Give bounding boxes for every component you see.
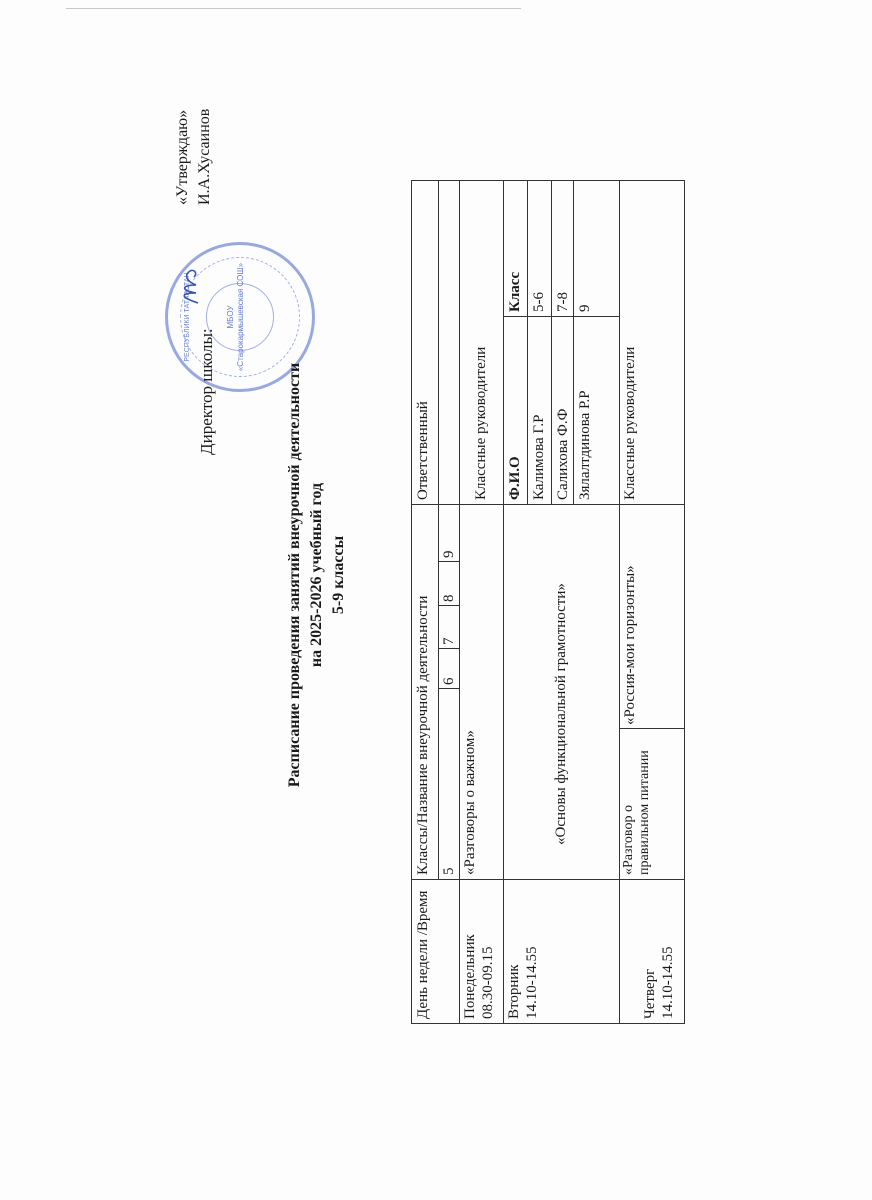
- class-number-5: 5: [438, 689, 459, 879]
- subtable-row-2-class: 7-8: [552, 181, 573, 316]
- subtable-row-1-class: 5-6: [528, 181, 551, 316]
- class-number-9: 9: [438, 505, 459, 562]
- subtable-row-3-class: 9: [574, 181, 619, 316]
- signature-icon: [176, 265, 204, 305]
- row-thursday-activity-grade5: «Разговор о правильном питании: [619, 729, 684, 879]
- header-day-time: День недели /Время: [412, 879, 459, 1023]
- document-title: Расписание проведения занятий внеурочной…: [284, 275, 350, 875]
- thursday-label: Четверг: [641, 883, 659, 1019]
- row-thursday-day: Четверг 14.10-14.55: [619, 879, 684, 1023]
- header-classes: Классы/Название внеурочной деятельности: [412, 504, 438, 879]
- subtable-row-3-name: Зялалтдинова Р.Р: [574, 317, 619, 504]
- row-thursday-activity-grades6-9: «Россия-мои горизонты»: [619, 504, 684, 729]
- class-number-7: 7: [438, 606, 459, 649]
- director-label: Директор школы:: [197, 328, 217, 455]
- stamp-center-text: МБОУ «Старокармышевская СОШ»: [226, 245, 246, 389]
- title-line-1: Расписание проведения занятий внеурочной…: [284, 275, 306, 875]
- subtable-row-2-name: Салихова Ф.Ф: [552, 317, 573, 504]
- class-number-6: 6: [438, 649, 459, 689]
- subtable-row-1-name: Калимова Г.Р: [528, 317, 551, 504]
- approver-name: И.А.Хусаинов: [194, 109, 216, 205]
- approval-block: «Утверждаю» И.А.Хусаинов: [172, 109, 216, 205]
- title-line-3: 5-9 классы: [328, 275, 350, 875]
- row-tuesday-activity: «Основы функциональной грамотности»: [503, 504, 619, 879]
- stamp-center-line2: «Старокармышевская СОШ»: [236, 245, 246, 389]
- thursday-time: 14.10-14.55: [659, 883, 677, 1019]
- class-number-8: 8: [438, 562, 459, 606]
- title-line-2: на 2025-2026 учебный год: [306, 275, 328, 875]
- subtable-header-class: Класс: [504, 181, 527, 316]
- row-monday-responsible: Классные руководители: [470, 181, 500, 504]
- tuesday-time: 14.10-14.55: [523, 883, 541, 1019]
- stamp-center-line1: МБОУ: [226, 245, 236, 389]
- monday-time: 08.30-09.15: [479, 883, 497, 1019]
- row-monday-day: Понедельник 08.30-09.15: [459, 879, 503, 1023]
- row-thursday-responsible: Классные руководители: [619, 181, 684, 504]
- tuesday-label: Вторник: [505, 883, 523, 1019]
- approve-label: «Утверждаю»: [172, 109, 194, 205]
- header-responsible: Ответственный: [412, 181, 438, 504]
- monday-label: Понедельник: [461, 883, 479, 1019]
- subtable-header-fio: Ф.И.О: [504, 317, 527, 504]
- schedule-table: День недели /Время Классы/Название внеур…: [411, 180, 685, 1024]
- row-tuesday-day: Вторник 14.10-14.55: [503, 879, 619, 1023]
- row-monday-activity: «Разговоры о важном»: [459, 504, 503, 879]
- document-page: «Утверждаю» И.А.Хусаинов РЕСПУБЛИКИ ТАТА…: [0, 0, 872, 1200]
